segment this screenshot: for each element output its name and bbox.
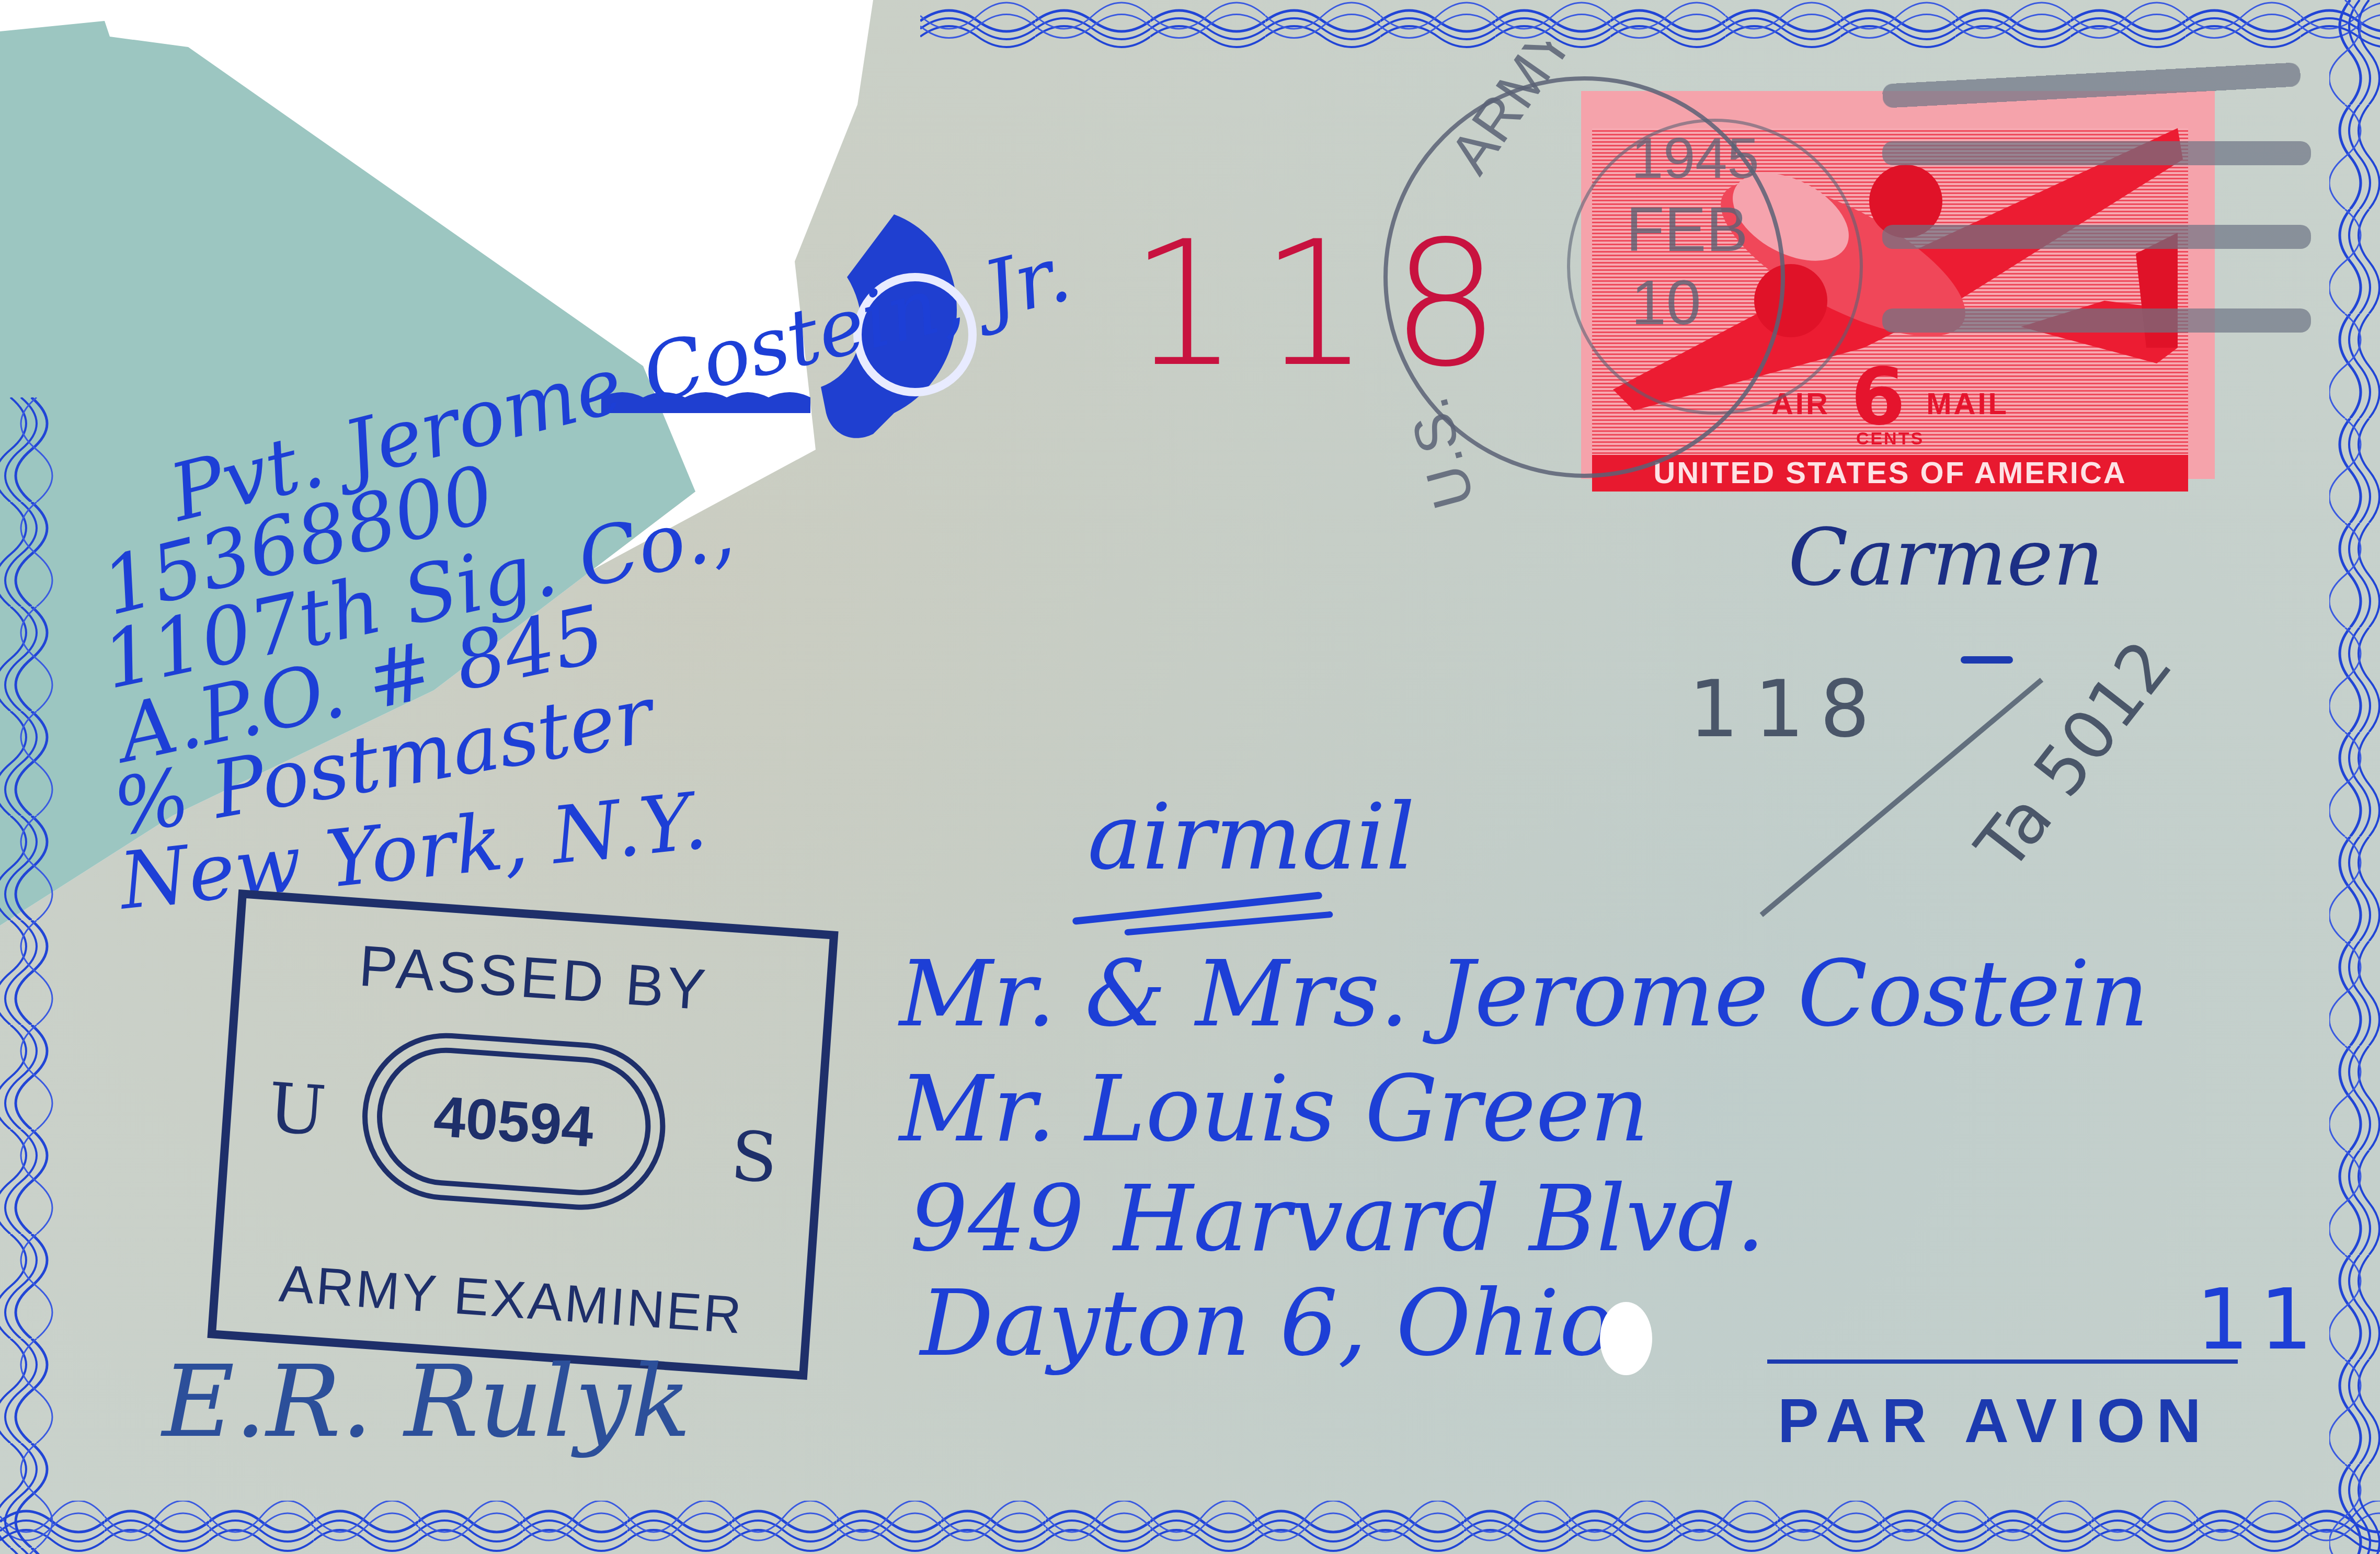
red-crayon-number: 118 <box>1129 204 1521 405</box>
censor-number: 40594 <box>372 1043 655 1200</box>
stamp-air-label: AIR <box>1771 386 1830 429</box>
par-avion-label: PAR AVION <box>1778 1386 2213 1457</box>
examiner-signature: E.R. Rulyk <box>162 1344 691 1459</box>
censor-number-oval: 40594 <box>357 1027 671 1216</box>
recipient-line: 949 Harvard Blvd. <box>910 1166 1765 1272</box>
stamp-denomination-row: AIR 6 MAIL <box>1592 366 2188 429</box>
left-guilloche-border <box>0 397 68 1554</box>
carmen-note: Carmen <box>1788 512 2104 603</box>
punch-hole <box>1600 1302 1652 1375</box>
bottom-guilloche-border <box>0 1501 2380 1554</box>
right-guilloche-border <box>2329 0 2380 1554</box>
stamp-country-banner: UNITED STATES OF AMERICA <box>1592 455 2188 492</box>
par-avion-rule <box>1767 1359 2238 1364</box>
stamp-value: 6 <box>1851 366 1905 429</box>
recipient-line: Dayton 6, Ohio <box>920 1271 1615 1377</box>
tally-mark: 11 <box>2196 1271 2324 1368</box>
top-guilloche-border <box>920 0 2380 50</box>
envelope-scan: AIR 6 MAIL CENTS UNITED STATES OF AMERIC… <box>0 0 2380 1554</box>
stamp-mail-label: MAIL <box>1926 386 2009 429</box>
censor-letter-u: U <box>266 1068 328 1151</box>
recipient-line: Mr. Louis Green <box>899 1056 1649 1162</box>
censor-footer: ARMY EXAMINER <box>218 1249 805 1350</box>
recipient-line: Mr. & Mrs. Jerome Costein <box>899 941 2149 1047</box>
censor-stamp: PASSED BY U 40594 S ARMY EXAMINER <box>207 889 838 1380</box>
stamp-cents-label: CENTS <box>1592 429 2188 449</box>
note-dash <box>1961 656 2013 664</box>
pencil-number: 118 <box>1689 664 1885 755</box>
airmail-handwritten-note: airmail <box>1088 784 1415 890</box>
censor-title: PASSED BY <box>240 924 828 1032</box>
censor-letter-s: S <box>728 1116 780 1198</box>
